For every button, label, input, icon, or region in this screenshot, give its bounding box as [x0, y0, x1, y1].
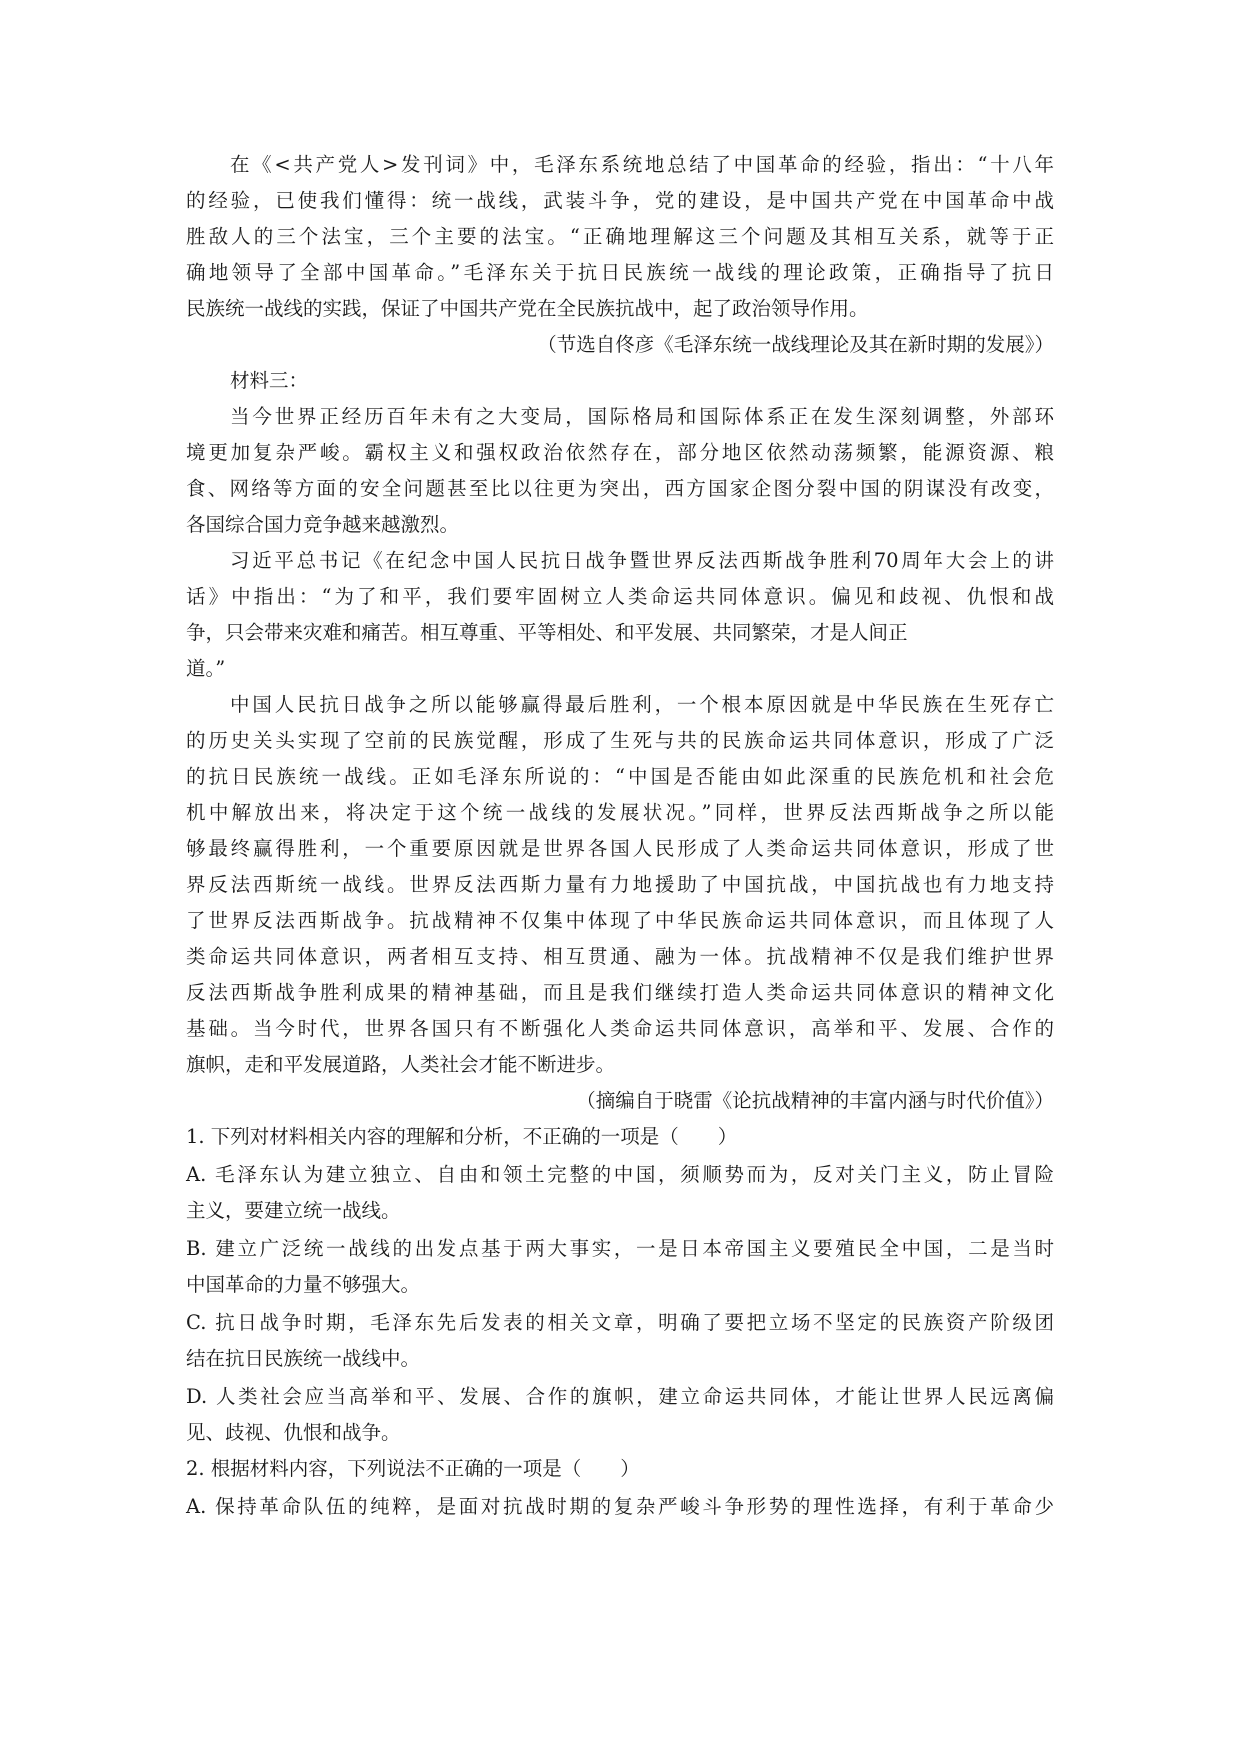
paragraph-line: 基础。当今时代，世界各国只有不断强化人类命运共同体意识，高举和平、发展、合作的 [186, 1011, 1054, 1047]
paragraph-line: 界反法西斯统一战线。世界反法西斯力量有力地援助了中国抗战，中国抗战也有力地支持 [186, 867, 1054, 903]
paragraph-line: 的抗日民族统一战线。正如毛泽东所说的：“中国是否能由如此深重的民族危机和社会危 [186, 759, 1054, 795]
paragraph-line: 话》中指出：“为了和平，我们要牢固树立人类命运共同体意识。偏见和歧视、仇恨和战 [186, 579, 1054, 615]
paragraph-line: 类命运共同体意识，两者相互支持、相互贯通、融为一体。抗战精神不仅是我们维护世界 [186, 939, 1054, 975]
paragraph-line: 境更加复杂严峻。霸权主义和强权政治依然存在，部分地区依然动荡频繁，能源资源、粮 [186, 435, 1054, 471]
question-option-b: B. 建立广泛统一战线的出发点基于两大事实，一是日本帝国主义要殖民全中国，二是当… [186, 1231, 1054, 1267]
question-option-d-cont: 见、歧视、仇恨和战争。 [186, 1415, 401, 1451]
paragraph-line: 民族统一战线的实践，保证了中国共产党在全民族抗战中，起了政治领导作用。 [186, 291, 869, 327]
paragraph-line: 反法西斯战争胜利成果的精神基础，而且是我们继续打造人类命运共同体意识的精神文化 [186, 975, 1054, 1011]
paragraph-line: 食、网络等方面的安全问题甚至比以往更为突出，西方国家企图分裂中国的阴谋没有改变， [186, 471, 1054, 507]
paragraph-line: 道。” [186, 651, 225, 687]
question-option-a-cont: 主义，要建立统一战线。 [186, 1193, 401, 1229]
question-stem: 1. 下列对材料相关内容的理解和分析，不正确的一项是（ ） [186, 1119, 737, 1155]
paragraph-line: 了世界反法西斯战争。抗战精神不仅集中体现了中华民族命运共同体意识，而且体现了人 [186, 903, 1054, 939]
question-option-b-cont: 中国革命的力量不够强大。 [186, 1267, 420, 1303]
paragraph-line: 的历史关头实现了空前的民族觉醒，形成了生死与共的民族命运共同体意识，形成了广泛 [186, 723, 1054, 759]
question-option-d: D. 人类社会应当高举和平、发展、合作的旗帜，建立命运共同体，才能让世界人民远离… [186, 1379, 1054, 1415]
paragraph-line: 胜敌人的三个法宝，三个主要的法宝。“正确地理解这三个问题及其相互关系，就等于正 [186, 219, 1054, 255]
paragraph-line: 旗帜，走和平发展道路，人类社会才能不断进步。 [186, 1047, 615, 1083]
paragraph-line: 习近平总书记《在纪念中国人民抗日战争暨世界反法西斯战争胜利70周年大会上的讲 [230, 543, 1054, 579]
paragraph-line: 够最终赢得胜利，一个重要原因就是世界各国人民形成了人类命运共同体意识，形成了世 [186, 831, 1054, 867]
paragraph-line: 各国综合国力竞争越来越激烈。 [186, 507, 459, 543]
paragraph-line: 当今世界正经历百年未有之大变局，国际格局和国际体系正在发生深刻调整，外部环 [230, 399, 1054, 435]
paragraph-line: 机中解放出来，将决定于这个统一战线的发展状况。”同样，世界反法西斯战争之所以能 [186, 795, 1054, 831]
question-stem: 2. 根据材料内容，下列说法不正确的一项是（ ） [186, 1451, 640, 1487]
section-heading: 材料三： [230, 363, 308, 399]
question-option-a: A. 毛泽东认为建立独立、自由和领土完整的中国，须顺势而为，反对关门主义，防止冒… [186, 1157, 1054, 1193]
paragraph-line: 争，只会带来灾难和痛苦。相互尊重、平等相处、和平发展、共同繁荣，才是人间正 [186, 615, 908, 651]
paragraph-line: 确地领导了全部中国革命。”毛泽东关于抗日民族统一战线的理论政策，正确指导了抗日 [186, 255, 1054, 291]
paragraph-line: 在《<共产党人>发刊词》中，毛泽东系统地总结了中国革命的经验，指出：“十八年 [230, 147, 1054, 183]
paragraph-line: 中国人民抗日战争之所以能够赢得最后胜利，一个根本原因就是中华民族在生死存亡 [230, 687, 1054, 723]
source-citation: （摘编自于晓雷《论抗战精神的丰富内涵与时代价值》） [576, 1083, 1054, 1119]
source-citation: （节选自佟彦《毛泽东统一战线理论及其在新时期的发展》） [537, 327, 1054, 363]
question-option-a: A. 保持革命队伍的纯粹，是面对抗战时期的复杂严峻斗争形势的理性选择，有利于革命… [186, 1489, 1054, 1525]
question-option-c-cont: 结在抗日民族统一战线中。 [186, 1341, 420, 1377]
paragraph-line: 的经验，已使我们懂得：统一战线，武装斗争，党的建设，是中国共产党在中国革命中战 [186, 183, 1054, 219]
question-option-c: C. 抗日战争时期，毛泽东先后发表的相关文章，明确了要把立场不坚定的民族资产阶级… [186, 1305, 1054, 1341]
